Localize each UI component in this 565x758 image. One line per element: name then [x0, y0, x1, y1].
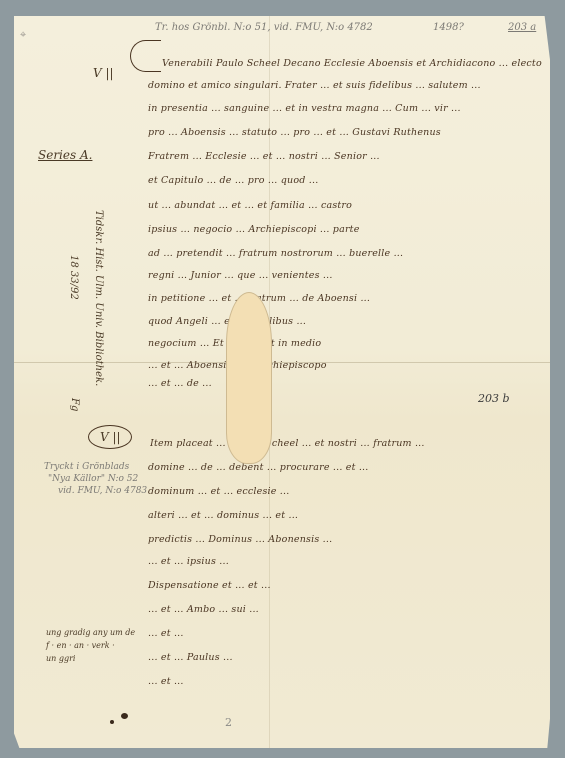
folio-number-top: 203 a: [508, 22, 536, 33]
text-line: ... et ... Aboensi ... et Archiepiscopo: [148, 360, 542, 372]
text-line: ... et ... de ...: [148, 378, 478, 390]
lower-margin-note-3: un ggri: [46, 654, 75, 663]
text-line: ... et ... Ambo ... sui ...: [148, 604, 542, 616]
text-line: ... et ...: [148, 676, 542, 688]
archival-reference: Tr. hos Grönbl. N:o 51, vid. FMU, N:o 47…: [155, 22, 373, 33]
margin-initials: Fg: [69, 398, 80, 411]
text-line: regni ... Junior ... que ... venientes .…: [148, 270, 542, 282]
text-line: ... et ... Paulus ...: [148, 652, 542, 664]
text-line: ipsius ... negocio ... Archiepiscopi ...…: [148, 224, 542, 236]
text-line: et Capitulo ... de ... pro ... quod ...: [148, 175, 542, 187]
paper-repair-patch: [226, 292, 272, 464]
text-line: in petitione ... et ... fratrum ... de A…: [148, 293, 542, 305]
lower-margin-note-1: ung gradig any um de: [46, 628, 135, 637]
print-note-line-1: Tryckt i Grönblads: [44, 462, 129, 472]
vertical-margin-note: Tidskr. Hist. Ulm. Univ. Bibliothek.: [93, 210, 104, 386]
folio-number-mid: 203 b: [478, 392, 510, 405]
text-line: ... et ...: [148, 628, 542, 640]
ink-blot: [110, 720, 114, 724]
text-line: Item placeat ... Paulus Scheel ... et no…: [150, 438, 542, 450]
text-line: Fratrem ... Ecclesie ... et ... nostri .…: [148, 151, 542, 163]
lower-margin-note-2: f · en · an · verk ·: [46, 641, 115, 650]
text-line: domine ... de ... debent ... procurare .…: [148, 462, 542, 474]
decorated-initial: [130, 40, 161, 72]
text-line: alteri ... et ... dominus ... et ...: [148, 510, 542, 522]
registration-mark-icon: ⌖: [20, 28, 26, 42]
archival-date: 1498?: [433, 22, 464, 33]
text-line: ad ... pretendit ... fratrum nostrorum .…: [148, 248, 542, 260]
text-line: ... et ... ipsius ...: [148, 556, 542, 568]
text-line: ut ... abundat ... et ... et familia ...…: [148, 200, 542, 212]
text-line: Venerabili Paulo Scheel Decano Ecclesie …: [162, 58, 542, 70]
print-note-line-3: vid. FMU, N:o 4783: [58, 486, 147, 496]
ink-blot: [121, 713, 128, 719]
check-mark-top: V ||: [93, 66, 114, 80]
text-line: predictis ... Dominus ... Abonensis ...: [148, 534, 542, 546]
series-label: Series A.: [38, 148, 92, 162]
decorated-initial-second: [88, 425, 132, 449]
text-line: in presentia ... sanguine ... et in vest…: [148, 103, 542, 115]
print-note-line-2: "Nya Källor" N:o 52: [48, 474, 138, 484]
text-line: Dispensatione et ... et ...: [148, 580, 542, 592]
vertical-margin-year: 18 33/92: [68, 255, 79, 300]
page-number: 2: [225, 716, 232, 729]
text-line: domino et amico singulari. Frater ... et…: [148, 80, 542, 92]
text-line: pro ... Aboensis ... statuto ... pro ...…: [148, 127, 542, 139]
text-line: negocium ... Et licet ... et in medio: [148, 338, 542, 350]
text-line: quod Angeli ... et ... fidelibus ...: [148, 316, 542, 328]
text-line: dominum ... et ... ecclesie ...: [148, 486, 542, 498]
